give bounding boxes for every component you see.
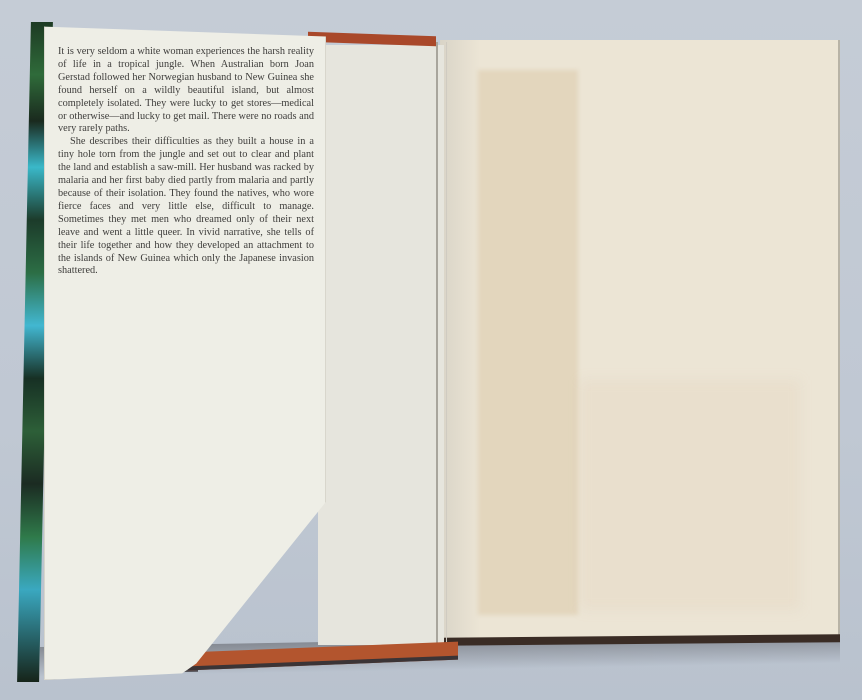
spine-hinge — [436, 42, 438, 652]
flap-blurb: It is very seldom a white woman experien… — [58, 46, 314, 278]
foxing-stain-faint — [580, 380, 800, 610]
inner-endpaper — [318, 45, 444, 645]
blurb-paragraph-2: She describes their difficulties as they… — [58, 136, 314, 278]
blurb-paragraph-1: It is very seldom a white woman experien… — [58, 46, 314, 136]
foxing-stain — [478, 70, 578, 615]
spine-hinge-highlight — [446, 42, 447, 642]
